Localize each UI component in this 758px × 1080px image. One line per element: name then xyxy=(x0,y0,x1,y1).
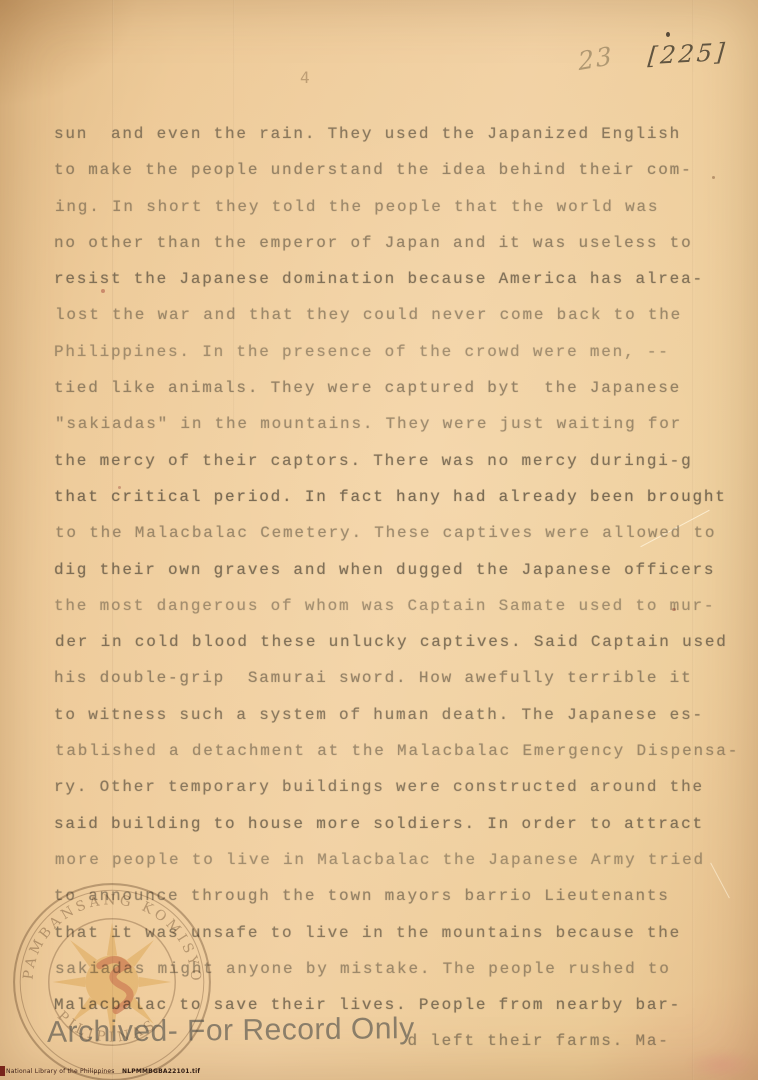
ink-dot xyxy=(666,32,670,37)
archived-watermark-text: Archived- For Record Only xyxy=(47,1012,415,1050)
scan-footer-caption: National Library of the Philippines NLPM… xyxy=(0,1064,758,1078)
typed-line: lost the war and that they could never c… xyxy=(55,297,745,333)
handwritten-ink-number: [225] xyxy=(647,38,729,70)
typed-line: to the Malacbalac Cemetery. These captiv… xyxy=(55,515,745,551)
typed-line: sakiadas might anyone by mistake. The pe… xyxy=(55,951,745,987)
typed-line: said building to house more soldiers. In… xyxy=(54,806,744,842)
typed-line: tied like animals. They were captured by… xyxy=(54,370,744,406)
typed-line: his double-grip Samurai sword. How awefu… xyxy=(54,660,744,696)
page-number: 4 xyxy=(300,68,310,87)
typed-line: to announce through the town mayors barr… xyxy=(54,878,744,914)
footer-filename-label: NLPMMBGBA22101.tif xyxy=(122,1068,200,1075)
typed-line: tablished a detachment at the Malacbalac… xyxy=(55,733,745,769)
typed-line: ry. Other temporary buildings were const… xyxy=(54,769,744,805)
typed-line: dig their own graves and when dugged the… xyxy=(54,552,744,588)
typed-line: resist the Japanese domination because A… xyxy=(54,261,744,297)
typed-line: ing. In short they told the people that … xyxy=(55,189,745,225)
typed-line: sun and even the rain. They used the Jap… xyxy=(54,116,744,152)
typed-line: Philippines. In the presence of the crow… xyxy=(54,334,744,370)
footer-red-mark xyxy=(0,1066,5,1076)
typed-line: the most dangerous of whom was Captain S… xyxy=(54,588,744,624)
typed-line: that critical period. In fact hany had a… xyxy=(54,479,744,515)
footer-library-label: National Library of the Philippines xyxy=(6,1068,115,1075)
typed-line: "sakiadas" in the mountains. They were j… xyxy=(55,406,745,442)
scanned-document-page: 23 [225] 4 sun and even the rain. They u… xyxy=(0,0,758,1080)
handwritten-pencil-number: 23 xyxy=(577,41,614,76)
typed-line: more people to live in Malacbalac the Ja… xyxy=(55,842,745,878)
typed-line: that it was unsafe to live in the mounta… xyxy=(54,915,744,951)
typed-line: to make the people understand the idea b… xyxy=(54,152,744,188)
typed-line: the mercy of their captors. There was no… xyxy=(54,443,744,479)
typed-line: to witness such a system of human death.… xyxy=(54,697,744,733)
typed-line: der in cold blood these unlucky captives… xyxy=(55,624,745,660)
typewritten-text-block: sun and even the rain. They used the Jap… xyxy=(54,116,744,1060)
typed-line: no other than the emperor of Japan and i… xyxy=(54,225,744,261)
